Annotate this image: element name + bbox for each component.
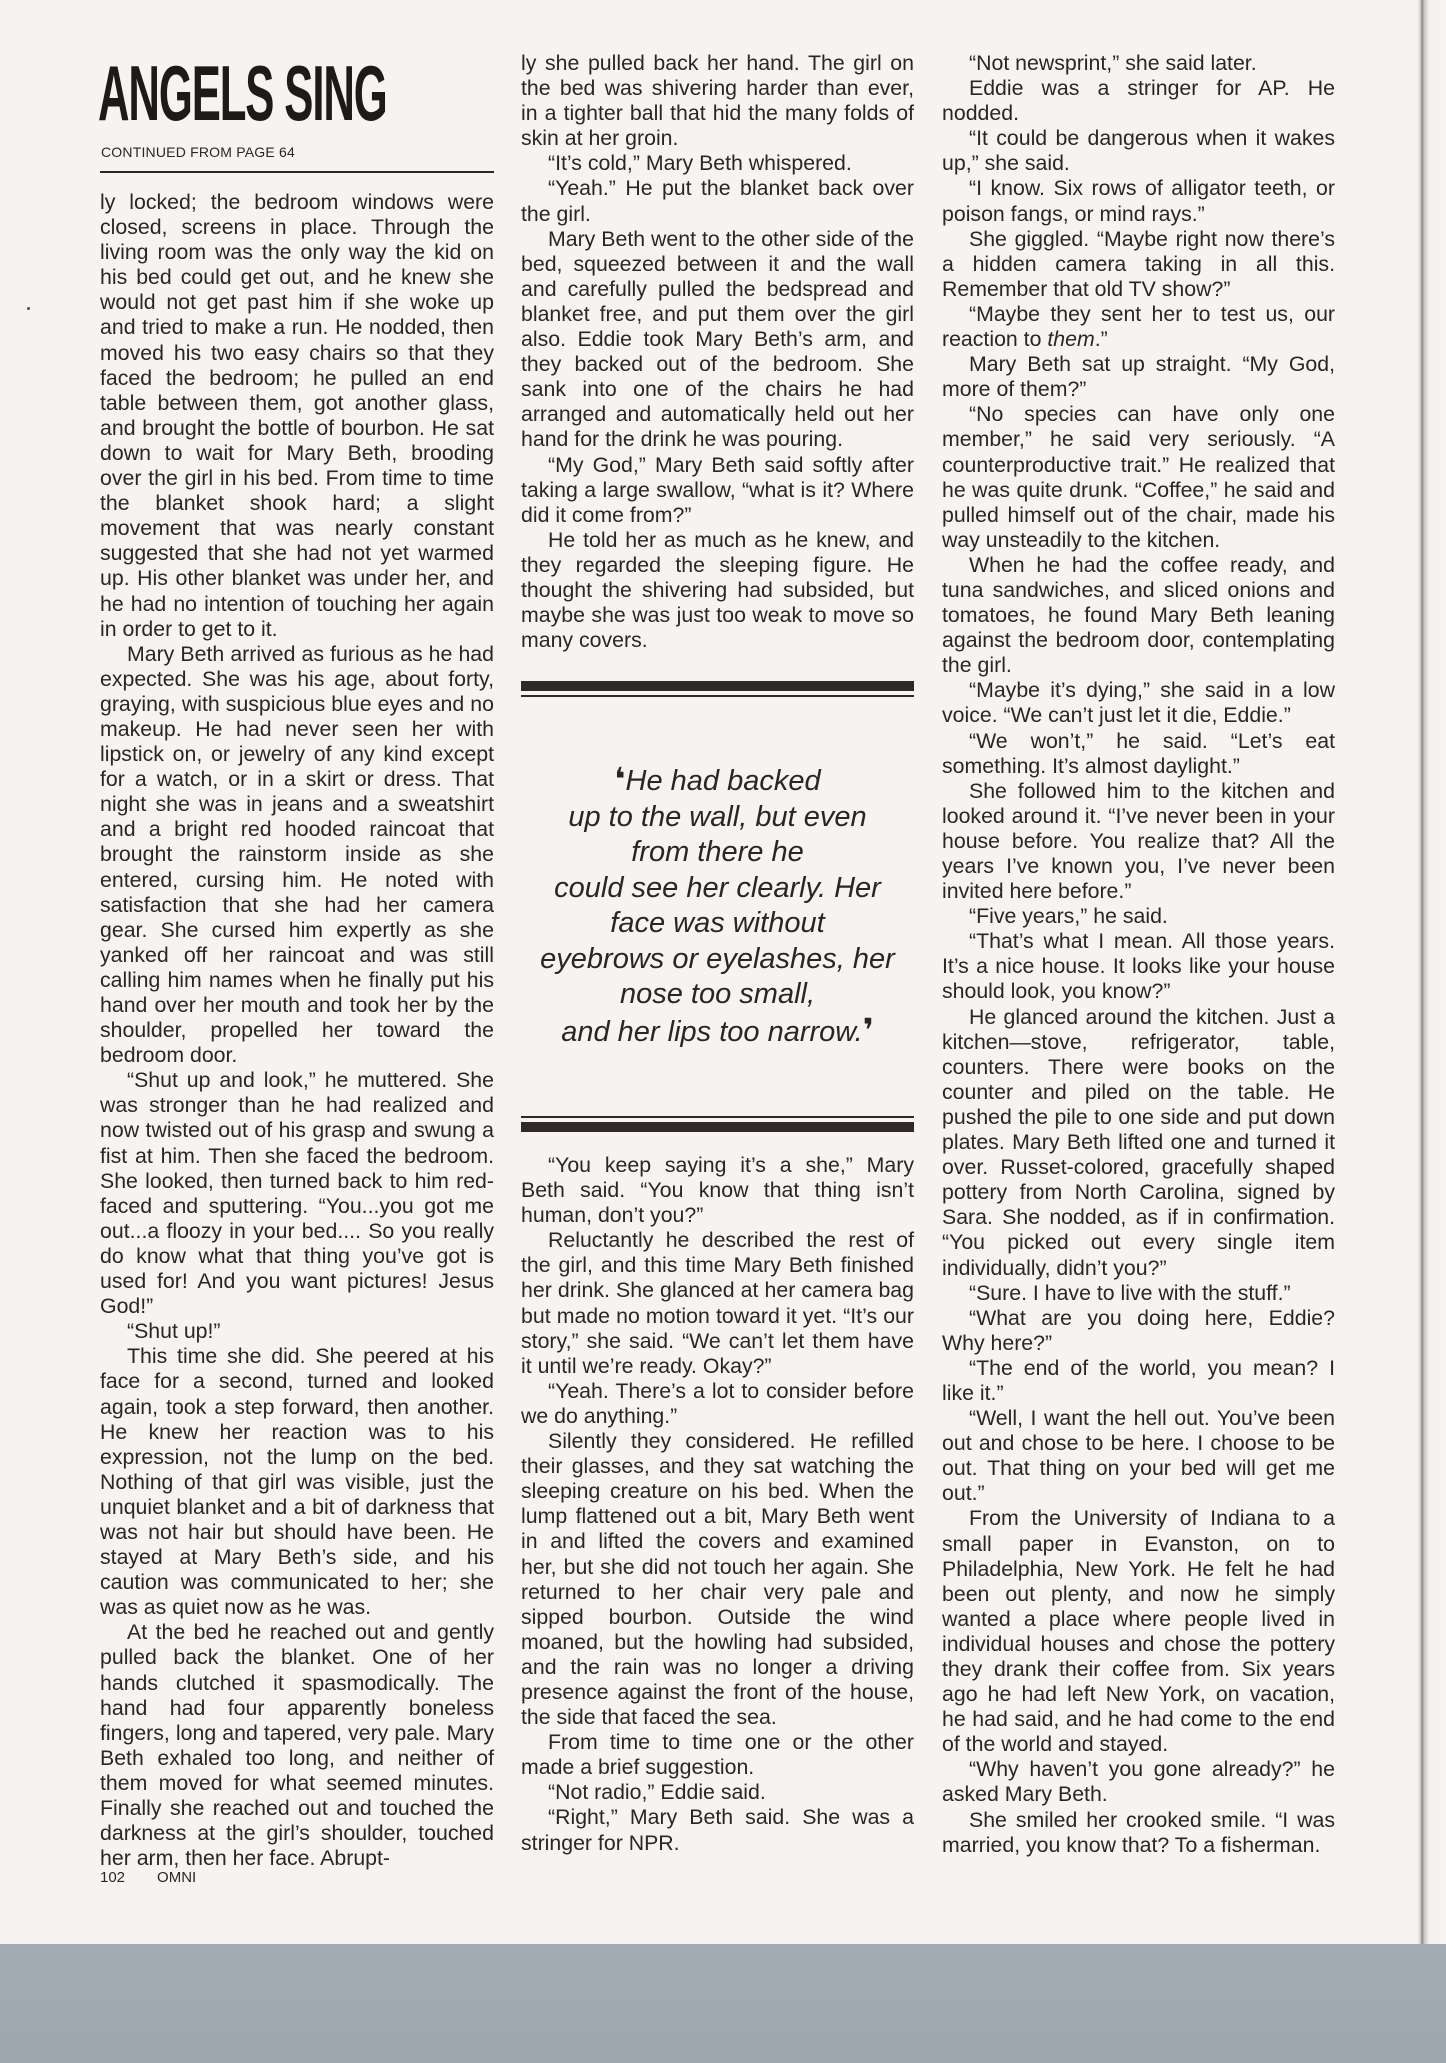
- paragraph: She giggled. “Maybe right now there’s a …: [942, 227, 1335, 302]
- paragraph: Reluctantly he described the rest of the…: [521, 1228, 914, 1379]
- paragraph: “Not newsprint,” she said later.: [942, 51, 1335, 76]
- paragraph: Mary Beth went to the other side of the …: [521, 227, 914, 453]
- paragraph: He told her as much as he knew, and they…: [521, 528, 914, 653]
- ink-speck: [27, 307, 30, 310]
- close-quote-icon: ❜: [863, 1012, 874, 1048]
- paragraph: “Well, I want the hell out. You’ve been …: [942, 1406, 1335, 1506]
- paragraph: “Right,” Mary Beth said. She was a strin…: [521, 1805, 914, 1855]
- pullquote-line: from there he: [521, 835, 914, 871]
- article-title: ANGELS SING: [98, 53, 387, 133]
- pullquote-line: ❛He had backed: [521, 762, 914, 800]
- paragraph: “Not radio,” Eddie said.: [521, 1780, 914, 1805]
- paragraph: Mary Beth sat up straight. “My God, more…: [942, 352, 1335, 402]
- paragraph: ly she pulled back her hand. The girl on…: [521, 51, 914, 151]
- paragraph: She followed him to the kitchen and look…: [942, 779, 1335, 904]
- paragraph: “Yeah. There’s a lot to consider before …: [521, 1379, 914, 1429]
- paragraph: From time to time one or the other made …: [521, 1730, 914, 1780]
- pullquote: ❛He had backed up to the wall, but even …: [521, 762, 914, 1050]
- paragraph: From the University of Indiana to a smal…: [942, 1506, 1335, 1757]
- text-column-1: ly locked; the bedroom windows were clos…: [100, 190, 494, 1871]
- paragraph: Mary Beth arrived as furious as he had e…: [100, 642, 494, 1069]
- page-folio: 102OMNI: [100, 1869, 228, 1886]
- pullquote-line: up to the wall, but even: [521, 800, 914, 836]
- paragraph: “It’s cold,” Mary Beth whispered.: [521, 151, 914, 176]
- paragraph: When he had the coffee ready, and tuna s…: [942, 553, 1335, 678]
- text-column-2-continued: “You keep saying it’s a she,” Mary Beth …: [521, 1153, 914, 1856]
- paragraph: “You keep saying it’s a she,” Mary Beth …: [521, 1153, 914, 1228]
- pullquote-line: nose too small,: [521, 977, 914, 1013]
- paragraph: At the bed he reached out and gently pul…: [100, 1620, 494, 1871]
- page-gutter-fold: [1418, 0, 1446, 1944]
- paragraph: ly locked; the bedroom windows were clos…: [100, 190, 494, 642]
- paragraph: “I know. Six rows of alligator teeth, or…: [942, 176, 1335, 226]
- pullquote-rule-top-thick: [521, 681, 914, 691]
- paragraph: “What are you doing here, Eddie? Why her…: [942, 1306, 1335, 1356]
- paragraph: “No species can have only one member,” h…: [942, 402, 1335, 553]
- pullquote-line: and her lips too narrow.❜: [521, 1013, 914, 1051]
- paragraph: “Yeah.” He put the blanket back over the…: [521, 176, 914, 226]
- paragraph: Eddie was a stringer for AP. He nodded.: [942, 76, 1335, 126]
- pullquote-line: eyebrows or eyelashes, her: [521, 942, 914, 978]
- italic-emphasis: them: [1047, 327, 1094, 351]
- paragraph: “Maybe they sent her to test us, our rea…: [942, 302, 1335, 352]
- paragraph: This time she did. She peered at his fac…: [100, 1344, 494, 1620]
- text-column-3: “Not newsprint,” she said later. Eddie w…: [942, 51, 1335, 1858]
- title-divider: [100, 171, 494, 173]
- paragraph: “Five years,” he said.: [942, 904, 1335, 929]
- paragraph: “My God,” Mary Beth said softly after ta…: [521, 453, 914, 528]
- magazine-page: ANGELS SING CONTINUED FROM PAGE 64 ly lo…: [0, 0, 1446, 1944]
- paragraph: “The end of the world, you mean? I like …: [942, 1356, 1335, 1406]
- paragraph: “It could be dangerous when it wakes up,…: [942, 126, 1335, 176]
- text-column-2: ly she pulled back her hand. The girl on…: [521, 51, 914, 653]
- paragraph: She smiled her crooked smile. “I was mar…: [942, 1808, 1335, 1858]
- paragraph: He glanced around the kitchen. Just a ki…: [942, 1005, 1335, 1281]
- paragraph: “Shut up!”: [100, 1319, 494, 1344]
- paragraph: Silently they considered. He refilled th…: [521, 1429, 914, 1730]
- continued-from-label: CONTINUED FROM PAGE 64: [101, 144, 295, 160]
- paragraph: “Maybe it’s dying,” she said in a low vo…: [942, 678, 1335, 728]
- scanner-background: [0, 1944, 1446, 2063]
- pullquote-rule-bottom-thick: [521, 1122, 914, 1132]
- paragraph: “Shut up and look,” he muttered. She was…: [100, 1068, 494, 1319]
- pullquote-line: face was without: [521, 906, 914, 942]
- pullquote-rule-top-thin: [521, 695, 914, 697]
- pullquote-line: could see her clearly. Her: [521, 871, 914, 907]
- page-number: 102: [100, 1869, 125, 1886]
- paragraph: “Sure. I have to live with the stuff.”: [942, 1281, 1335, 1306]
- paragraph: “That’s what I mean. All those years. It…: [942, 929, 1335, 1004]
- magazine-name: OMNI: [157, 1869, 196, 1886]
- pullquote-rule-bottom-thin: [521, 1116, 914, 1118]
- paragraph: “We won’t,” he said. “Let’s eat somethin…: [942, 729, 1335, 779]
- open-quote-icon: ❛: [614, 761, 625, 797]
- paragraph: “Why haven’t you gone already?” he asked…: [942, 1757, 1335, 1807]
